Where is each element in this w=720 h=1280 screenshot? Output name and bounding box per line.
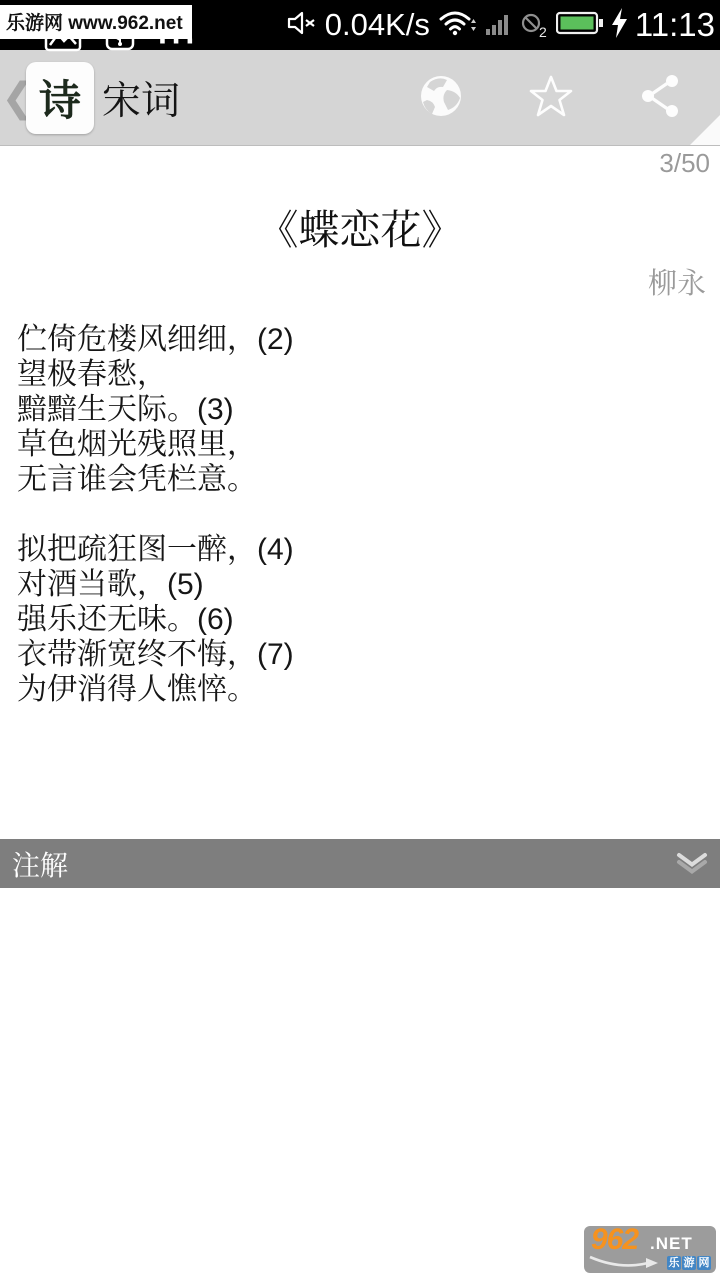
poem-line: 对酒当歌，(5) — [17, 567, 294, 602]
status-bar: 乐游网 www.962.net ··· — [0, 0, 720, 50]
stanza: 伫倚危楼风细细，(2)望极春愁，黯黯生天际。(3)草色烟光残照里，无言谁会凭栏意… — [17, 322, 294, 497]
svg-text:2: 2 — [539, 24, 547, 40]
poem-line: 为伊消得人憔悴。 — [17, 672, 294, 707]
page-title: 宋词 — [102, 50, 180, 146]
watermark-site-char: 游 — [682, 1256, 696, 1270]
network-speed: 0.04K/s — [325, 7, 430, 43]
watermark-site-char: 乐 — [667, 1256, 681, 1270]
stanza: 拟把疏狂图一醉，(4)对酒当歌，(5)强乐还无味。(6)衣带渐宽终不悔，(7)为… — [17, 532, 294, 707]
muted-speaker-icon — [287, 9, 317, 42]
poem-line: 伫倚危楼风细细，(2) — [17, 322, 294, 357]
app-header: ❮ 诗 宋词 — [0, 50, 720, 146]
top-watermark: 乐游网 www.962.net — [0, 5, 192, 39]
wifi-icon — [438, 9, 478, 42]
poem-line: 衣带渐宽终不悔，(7) — [17, 637, 294, 672]
browser-button[interactable] — [414, 50, 468, 146]
poem-line: 无言谁会凭栏意。 — [17, 462, 294, 497]
favorite-button[interactable] — [524, 50, 578, 146]
poem-line: 黯黯生天际。(3) — [17, 392, 294, 427]
poem-author: 柳永 — [648, 261, 706, 302]
poem-line: 拟把疏狂图一醉，(4) — [17, 532, 294, 567]
notes-section-bar[interactable]: 注解 — [0, 839, 720, 888]
sim2-disabled-icon: 2 — [520, 10, 548, 40]
watermark-site-char: 网 — [697, 1256, 711, 1270]
share-button[interactable] — [634, 50, 688, 146]
app-screen: 乐游网 www.962.net ··· — [0, 0, 720, 1280]
bottom-watermark: 962 .NET 乐游网 — [584, 1226, 716, 1273]
notes-section-label: 注解 — [12, 844, 68, 884]
app-logo: 诗 — [26, 62, 94, 134]
poem: 伫倚危楼风细细，(2)望极春愁，黯黯生天际。(3)草色烟光残照里，无言谁会凭栏意… — [17, 322, 294, 742]
battery-icon — [556, 10, 604, 41]
globe-icon — [418, 73, 464, 124]
status-bar-right: 0.04K/s — [287, 0, 715, 50]
app-logo-char: 诗 — [39, 68, 81, 128]
swoosh-arrow-icon — [588, 1255, 664, 1273]
poem-line: 草色烟光残照里， — [17, 427, 294, 462]
charging-bolt-icon — [612, 8, 627, 43]
watermark-site-tags: 乐游网 — [667, 1256, 711, 1270]
battery-fill — [560, 16, 593, 29]
clock: 11:13 — [635, 6, 715, 44]
poem-line: 望极春愁， — [17, 357, 294, 392]
watermark-brand: 962 — [591, 1226, 638, 1257]
corner-fold-decoration — [690, 115, 720, 145]
poem-line: 强乐还无味。(6) — [17, 602, 294, 637]
chevron-down-icon[interactable] — [674, 852, 710, 881]
poem-title: 《蝶恋花》 — [0, 197, 720, 256]
share-icon — [639, 73, 683, 124]
watermark-suffix: .NET — [650, 1234, 693, 1254]
signal-bars-icon — [486, 10, 512, 41]
page-indicator: 3/50 — [659, 148, 710, 179]
star-icon — [528, 74, 574, 123]
